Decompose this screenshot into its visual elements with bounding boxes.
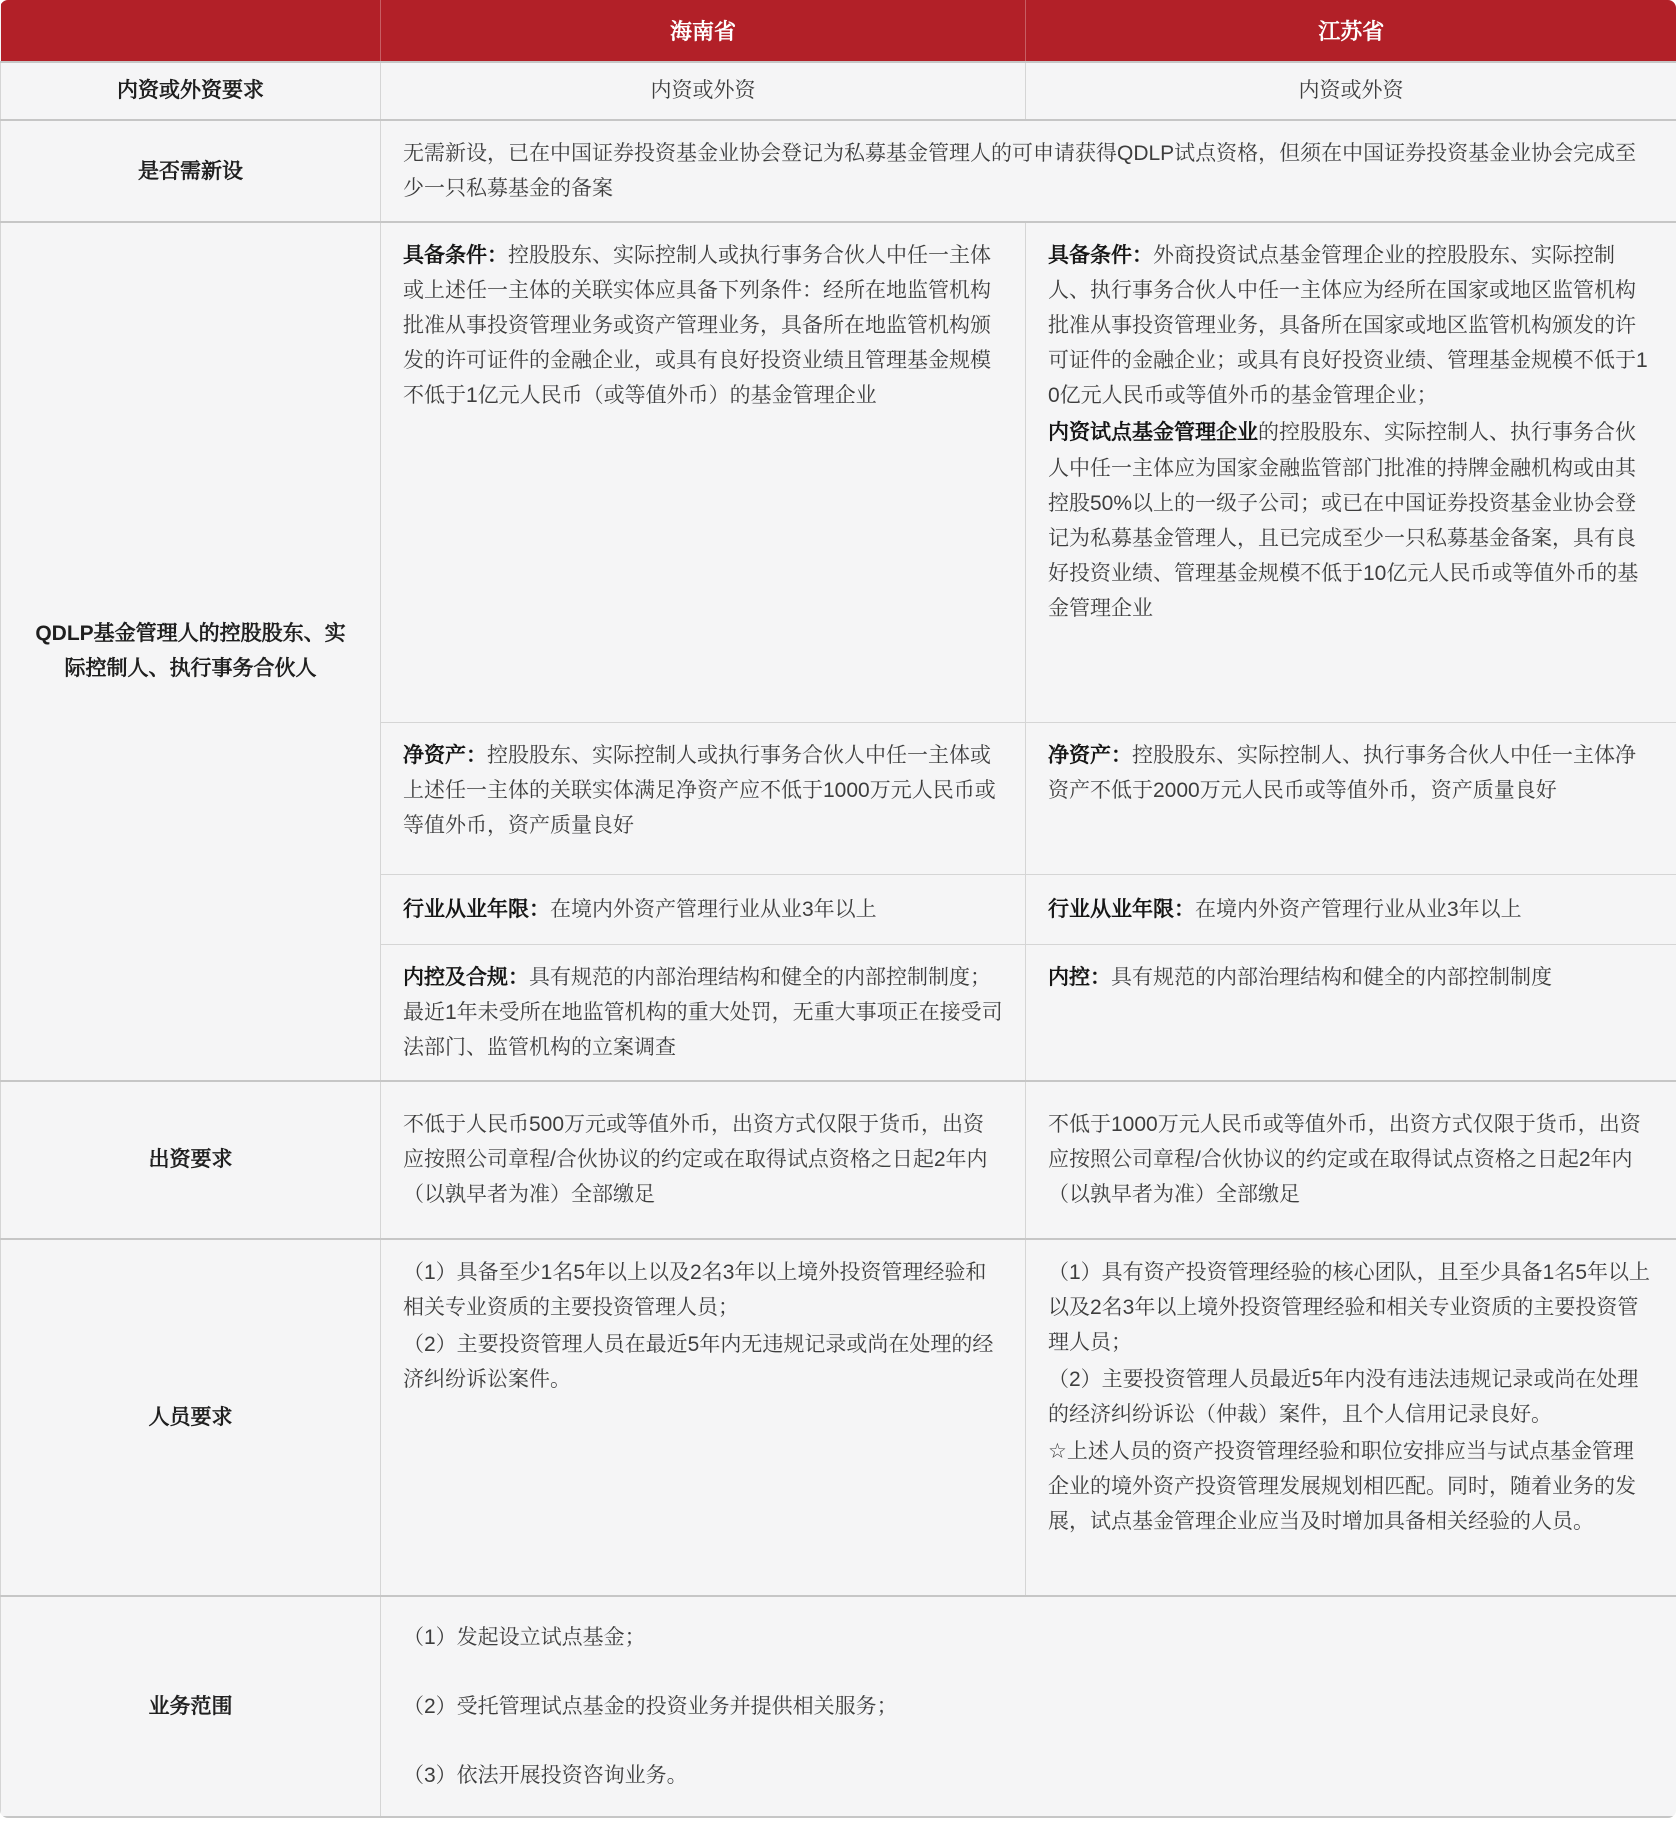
list-item: （1）具有资产投资管理经验的核心团队，且至少具备1名5年以上以及2名3年以上境外… bbox=[1048, 1255, 1654, 1360]
lead-label: 具备条件： bbox=[1048, 244, 1153, 267]
lead-label: 内控： bbox=[1048, 966, 1111, 989]
list-item: （2）受托管理试点基金的投资业务并提供相关服务； bbox=[403, 1689, 1654, 1724]
paragraph-text: 具有规范的内部治理结构和健全的内部控制制度 bbox=[1111, 966, 1552, 989]
comparison-card: 海南省 江苏省 内资或外资要求 内资或外资 内资或外资 是否需新设 无需新设，已… bbox=[0, 0, 1676, 1818]
lead-label: 行业从业年限： bbox=[1048, 898, 1195, 921]
cell-capital-type-jiangsu: 内资或外资 bbox=[1026, 62, 1676, 120]
cell-net-assets-jiangsu: 净资产：控股股东、实际控制人、执行事务合伙人中任一主体净资产不低于2000万元人… bbox=[1026, 722, 1676, 874]
lead-label: 内控及合规： bbox=[403, 966, 529, 989]
row-label-personnel: 人员要求 bbox=[1, 1239, 381, 1596]
col-header-empty bbox=[1, 0, 381, 62]
cell-capital-type-hainan: 内资或外资 bbox=[381, 62, 1026, 120]
paragraph-text: 在境内外资产管理行业从业3年以上 bbox=[550, 898, 877, 921]
paragraph: 具备条件：控股股东、实际控制人或执行事务合伙人中任一主体或上述任一主体的关联实体… bbox=[403, 238, 1003, 413]
cell-qualification-jiangsu: 具备条件：外商投资试点基金管理企业的控股股东、实际控制人、执行事务合伙人中任一主… bbox=[1026, 222, 1676, 722]
cell-new-setup-merged: 无需新设，已在中国证券投资基金业协会登记为私募基金管理人的可申请获得QDLP试点… bbox=[381, 120, 1676, 222]
paragraph: 内控及合规：具有规范的内部治理结构和健全的内部控制制度；最近1年未受所在地监管机… bbox=[403, 960, 1003, 1065]
paragraph: 净资产：控股股东、实际控制人、执行事务合伙人中任一主体净资产不低于2000万元人… bbox=[1048, 738, 1654, 808]
paragraph-text: 在境内外资产管理行业从业3年以上 bbox=[1195, 898, 1522, 921]
paragraph-text: 控股股东、实际控制人或执行事务合伙人中任一主体或上述任一主体的关联实体满足净资产… bbox=[403, 744, 996, 837]
list-item: （3）依法开展投资咨询业务。 bbox=[403, 1758, 1654, 1793]
col-header-hainan: 海南省 bbox=[381, 0, 1026, 62]
lead-label: 净资产： bbox=[403, 744, 487, 767]
paragraph-text: 控股股东、实际控制人或执行事务合伙人中任一主体或上述任一主体的关联实体应具备下列… bbox=[403, 244, 991, 407]
row-business-scope: 业务范围 （1）发起设立试点基金； （2）受托管理试点基金的投资业务并提供相关服… bbox=[1, 1596, 1676, 1817]
col-header-jiangsu: 江苏省 bbox=[1026, 0, 1676, 62]
lead-label: 内资试点基金管理企业 bbox=[1048, 421, 1258, 444]
table-header-row: 海南省 江苏省 bbox=[1, 0, 1676, 62]
paragraph: 内控：具有规范的内部治理结构和健全的内部控制制度 bbox=[1048, 960, 1654, 995]
cell-experience-hainan: 行业从业年限：在境内外资产管理行业从业3年以上 bbox=[381, 874, 1026, 944]
paragraph-text: 控股股东、实际控制人、执行事务合伙人中任一主体净资产不低于2000万元人民币或等… bbox=[1048, 744, 1636, 802]
paragraph: 行业从业年限：在境内外资产管理行业从业3年以上 bbox=[1048, 892, 1654, 927]
paragraph: 具备条件：外商投资试点基金管理企业的控股股东、实际控制人、执行事务合伙人中任一主… bbox=[1048, 238, 1654, 413]
row-manager-qualification: QDLP基金管理人的控股股东、实际控制人、执行事务合伙人 具备条件：控股股东、实… bbox=[1, 222, 1676, 722]
paragraph: 行业从业年限：在境内外资产管理行业从业3年以上 bbox=[403, 892, 1003, 927]
cell-capital-requirement-hainan: 不低于人民币500万元或等值外币，出资方式仅限于货币，出资应按照公司章程/合伙协… bbox=[381, 1081, 1026, 1239]
paragraph: 内资试点基金管理企业的控股股东、实际控制人、执行事务合伙人中任一主体应为国家金融… bbox=[1048, 415, 1654, 625]
cell-business-scope-merged: （1）发起设立试点基金； （2）受托管理试点基金的投资业务并提供相关服务； （3… bbox=[381, 1596, 1676, 1817]
cell-capital-requirement-jiangsu: 不低于1000万元人民币或等值外币，出资方式仅限于货币，出资应按照公司章程/合伙… bbox=[1026, 1081, 1676, 1239]
row-label-new-setup: 是否需新设 bbox=[1, 120, 381, 222]
cell-internal-control-jiangsu: 内控：具有规范的内部治理结构和健全的内部控制制度 bbox=[1026, 944, 1676, 1081]
list-item: （2）主要投资管理人员最近5年内没有违法违规记录或尚在处理的经济纠纷诉讼（仲裁）… bbox=[1048, 1362, 1654, 1432]
list-item: （2）主要投资管理人员在最近5年内无违规记录或尚在处理的经济纠纷诉讼案件。 bbox=[403, 1327, 1003, 1397]
row-capital-type: 内资或外资要求 内资或外资 内资或外资 bbox=[1, 62, 1676, 120]
cell-qualification-hainan: 具备条件：控股股东、实际控制人或执行事务合伙人中任一主体或上述任一主体的关联实体… bbox=[381, 222, 1026, 722]
lead-label: 行业从业年限： bbox=[403, 898, 550, 921]
cell-internal-control-hainan: 内控及合规：具有规范的内部治理结构和健全的内部控制制度；最近1年未受所在地监管机… bbox=[381, 944, 1026, 1081]
row-label-business-scope: 业务范围 bbox=[1, 1596, 381, 1817]
list-item: （1）具备至少1名5年以上以及2名3年以上境外投资管理经验和相关专业资质的主要投… bbox=[403, 1255, 1003, 1325]
comparison-table: 海南省 江苏省 内资或外资要求 内资或外资 内资或外资 是否需新设 无需新设，已… bbox=[0, 0, 1676, 1818]
row-label-manager-group: QDLP基金管理人的控股股东、实际控制人、执行事务合伙人 bbox=[1, 222, 381, 1081]
cell-personnel-jiangsu: （1）具有资产投资管理经验的核心团队，且至少具备1名5年以上以及2名3年以上境外… bbox=[1026, 1239, 1676, 1596]
paragraph-text: 的控股股东、实际控制人、执行事务合伙人中任一主体应为国家金融监管部门批准的持牌金… bbox=[1048, 421, 1638, 619]
cell-net-assets-hainan: 净资产：控股股东、实际控制人或执行事务合伙人中任一主体或上述任一主体的关联实体满… bbox=[381, 722, 1026, 874]
paragraph-text: 外商投资试点基金管理企业的控股股东、实际控制人、执行事务合伙人中任一主体应为经所… bbox=[1048, 244, 1648, 407]
paragraph: 净资产：控股股东、实际控制人或执行事务合伙人中任一主体或上述任一主体的关联实体满… bbox=[403, 738, 1003, 843]
cell-experience-jiangsu: 行业从业年限：在境内外资产管理行业从业3年以上 bbox=[1026, 874, 1676, 944]
lead-label: 净资产： bbox=[1048, 744, 1132, 767]
row-label-capital-type: 内资或外资要求 bbox=[1, 62, 381, 120]
cell-personnel-hainan: （1）具备至少1名5年以上以及2名3年以上境外投资管理经验和相关专业资质的主要投… bbox=[381, 1239, 1026, 1596]
row-capital-requirement: 出资要求 不低于人民币500万元或等值外币，出资方式仅限于货币，出资应按照公司章… bbox=[1, 1081, 1676, 1239]
lead-label: 具备条件： bbox=[403, 244, 508, 267]
list-item: ☆上述人员的资产投资管理经验和职位安排应当与试点基金管理企业的境外资产投资管理发… bbox=[1048, 1434, 1654, 1539]
row-label-capital-requirement: 出资要求 bbox=[1, 1081, 381, 1239]
row-new-setup: 是否需新设 无需新设，已在中国证券投资基金业协会登记为私募基金管理人的可申请获得… bbox=[1, 120, 1676, 222]
list-item: （1）发起设立试点基金； bbox=[403, 1620, 1654, 1655]
row-personnel: 人员要求 （1）具备至少1名5年以上以及2名3年以上境外投资管理经验和相关专业资… bbox=[1, 1239, 1676, 1596]
